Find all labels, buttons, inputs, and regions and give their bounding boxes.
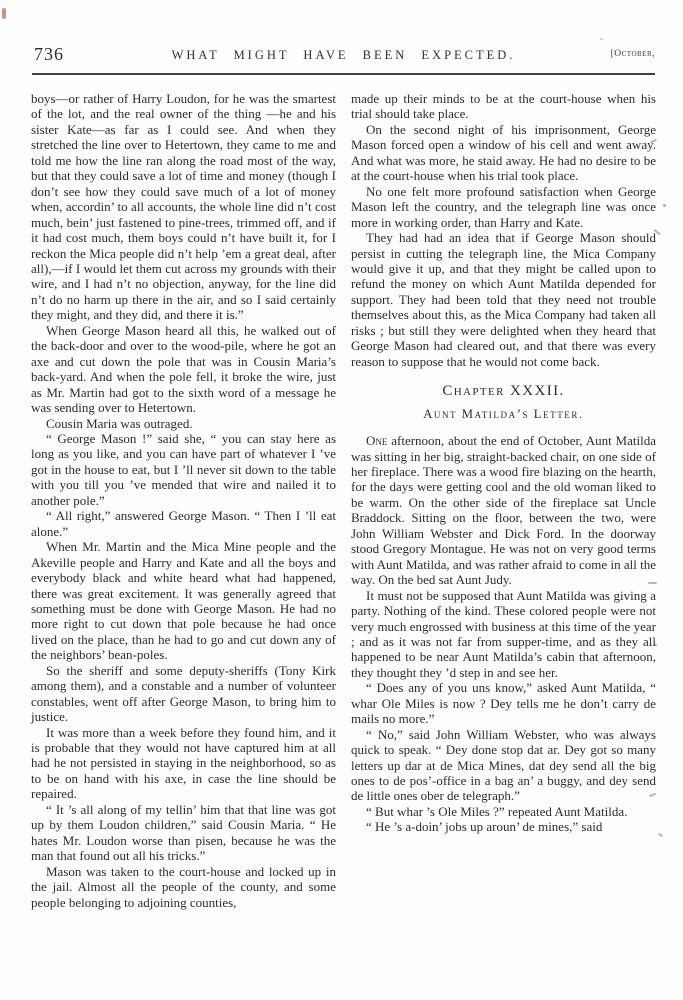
paragraph: “ Does any of you uns know,” asked Aunt … (351, 680, 656, 726)
paragraph: “ But whar ’s Ole Miles ?” repeated Aunt… (351, 804, 656, 819)
paragraph: “ No,” said John William Webster, who wa… (351, 727, 656, 804)
paragraph: made up their minds to be at the court-h… (351, 91, 656, 122)
paragraph: “ He ’s a-doin’ jobs up aroun’ de mines,… (351, 819, 656, 834)
paragraph: One afternoon, about the end of October,… (351, 433, 656, 588)
paragraph: boys—or rather of Harry Loudon, for he w… (31, 91, 336, 323)
page-body: boys—or rather of Harry Loudon, for he w… (31, 91, 656, 910)
paragraph: No one felt more profound satisfaction w… (351, 184, 656, 230)
scan-artifact (600, 38, 603, 40)
paragraph: “ George Mason !” said she, “ you can st… (31, 431, 336, 508)
paragraph: “ All right,” answered George Mason. “ T… (31, 508, 336, 539)
paragraph: When George Mason heard all this, he wal… (31, 323, 336, 416)
column-right: made up their minds to be at the court-h… (351, 91, 656, 910)
column-left: boys—or rather of Harry Loudon, for he w… (31, 91, 336, 910)
running-title: WHAT MIGHT HAVE BEEN EXPECTED. (32, 48, 655, 63)
scan-artifact (648, 582, 657, 584)
document-page: 736 WHAT MIGHT HAVE BEEN EXPECTED. [Octo… (0, 0, 683, 1000)
page-header: 736 WHAT MIGHT HAVE BEEN EXPECTED. [Octo… (32, 44, 655, 70)
paragraph: They had had an idea that if George Maso… (351, 230, 656, 369)
issue-label: [October, (611, 49, 655, 59)
paragraph: “ It ’s all along of my tellin’ him that… (31, 802, 336, 864)
scan-artifact (2, 8, 6, 19)
header-rule (32, 73, 655, 75)
paragraph: Cousin Maria was outraged. (31, 416, 336, 431)
paragraph: Mason was taken to the court-house and l… (31, 864, 336, 910)
chapter-subtitle: Aunt Matilda’s Letter. (351, 407, 656, 422)
paragraph: On the second night of his imprisonment,… (351, 122, 656, 184)
paragraph: When Mr. Martin and the Mica Mine people… (31, 539, 336, 663)
lead-word: One (366, 433, 387, 448)
scan-artifact (663, 204, 666, 207)
paragraph: So the sheriff and some deputy-sheriffs … (31, 663, 336, 725)
scan-artifact (658, 833, 663, 837)
paragraph: It must not be supposed that Aunt Matild… (351, 588, 656, 681)
chapter-title: Chapter XXXII. (351, 384, 656, 399)
paragraph: It was more than a week before they foun… (31, 725, 336, 802)
